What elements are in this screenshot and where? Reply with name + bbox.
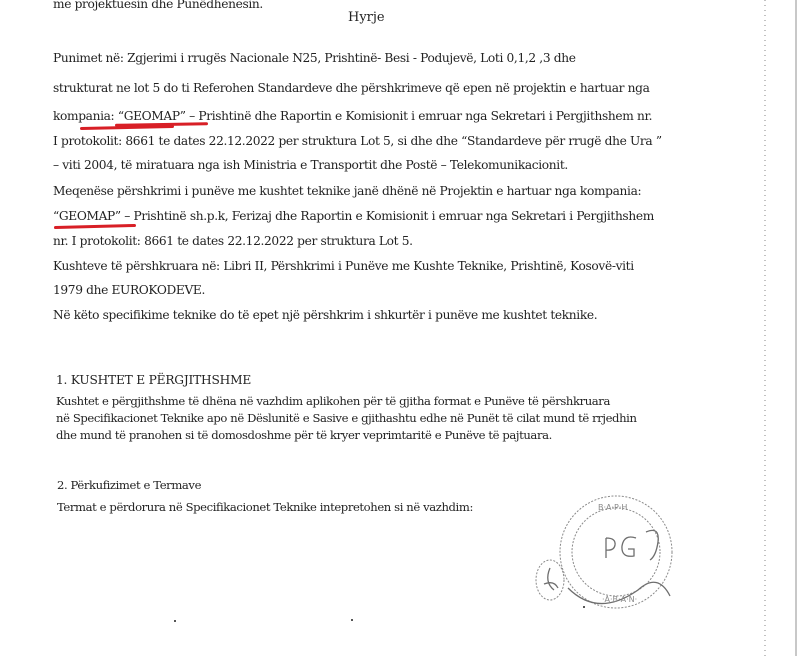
scan-speck [174,620,176,622]
intro-line-7: “GEOMAP” – Prishtinë sh.p.k, Ferizaj dhe… [53,209,654,223]
section-1-heading: 1. KUSHTET E PËRGJITHSHME [56,373,251,387]
intro-line-6: Meqenëse përshkrimi i punëve me kushtet … [53,184,641,198]
section-1-line-3: dhe mund të pranohen si të domosdoshme p… [56,428,552,442]
page-title: Hyrje [348,10,385,25]
intro-line-3: kompania: “GEOMAP” – Prishtinë dhe Rapor… [53,109,652,123]
scanned-document-page: me projektuesin dhe Punëdhenesin. Hyrje … [0,0,797,656]
intro-line-1-text: Punimet në: Zgjerimi i rrugës Nacionale … [53,51,576,65]
scan-speck [583,606,585,608]
intro-line-2: strukturat ne lot 5 do ti Referohen Stan… [53,81,650,95]
scan-speck [351,619,353,621]
svg-text:·A·B·A·N·: ·A·B·A·N· [602,595,637,604]
intro-line-1: Punimet në: Zgjerimi i rrugës Nacionale … [53,51,576,65]
intro-line-9: Kushteve të përshkruara në: Libri II, Pë… [53,259,634,273]
svg-text:B·A·P·H: B·A·P·H [598,503,627,512]
intro-line-10: 1979 dhe EUROKODEVE. [53,283,205,297]
red-underline-2 [54,224,136,229]
intro-line-11: Në këto specifikime teknike do të epet n… [53,308,597,322]
scan-edge-dots [764,0,766,656]
intro-line-5: – viti 2004, të miratuara nga ish Minist… [53,158,568,172]
section-1-line-1: Kushtet e përgjithshme të dhëna në vazhd… [56,394,610,408]
section-1-line-2: në Specifikacionet Teknike apo në Dëslun… [56,411,637,425]
intro-line-8: nr. I protokolit: 8661 te dates 22.12.20… [53,234,413,248]
official-stamp-icon: B·A·P·H ·A·B·A·N· [528,480,688,650]
intro-line-4: I protokolit: 8661 te dates 22.12.2022 p… [53,134,662,148]
section-2-line-1: Termat e përdorura në Specifikacionet Te… [57,500,473,514]
section-2-heading: 2. Përkufizimet e Termave [57,478,201,492]
top-fragment-text: me projektuesin dhe Punëdhenesin. [53,0,263,11]
